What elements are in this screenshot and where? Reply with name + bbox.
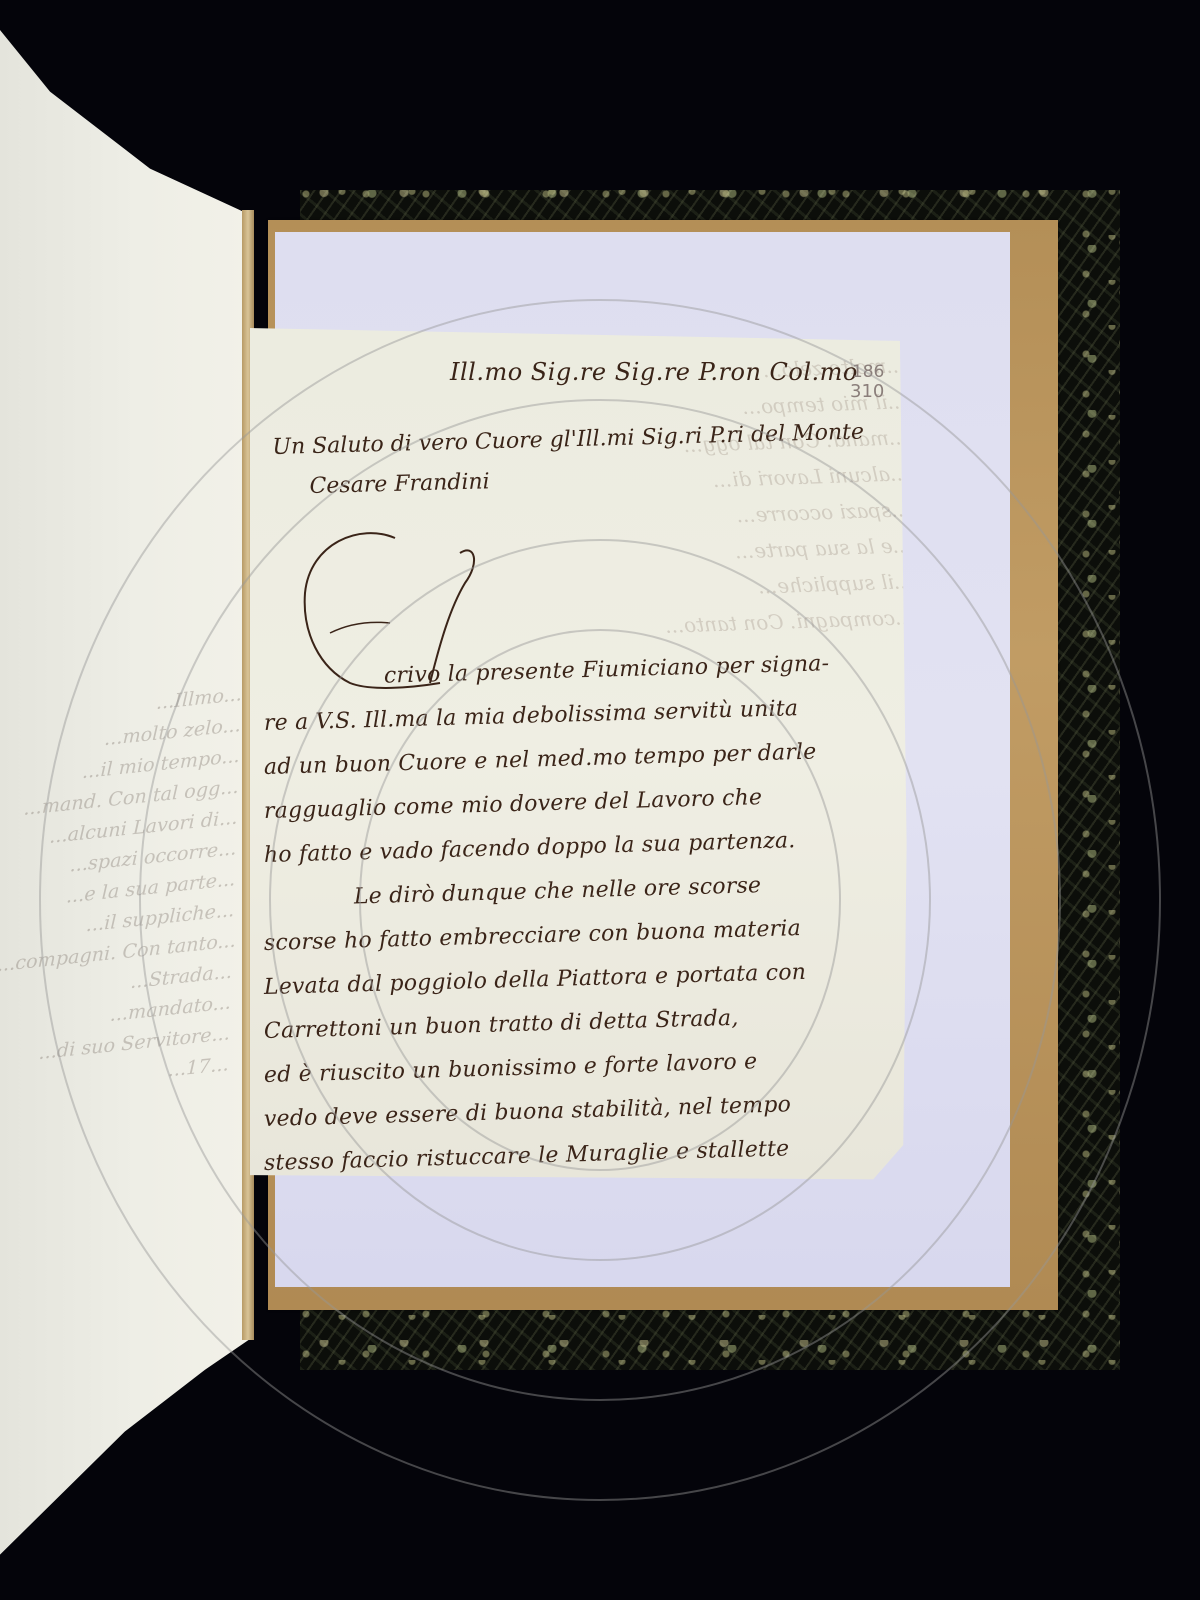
letter-salutation: Ill.mo Sig.re Sig.re P.ron Col.mo (450, 358, 858, 386)
letter-body: crivo la presente Fiumiciano per signa- … (264, 658, 914, 1186)
manuscript-letter: ...molto zelo... ...il mio tempo... ...m… (250, 328, 920, 1188)
archival-folio-numbers: 186 310 (810, 362, 884, 402)
archive-photograph: ...Illmo... ...molto zelo... ...il mio t… (0, 0, 1200, 1600)
folio-number-new: 310 (850, 382, 884, 402)
left-page-bleed-through-text: ...Illmo... ...molto zelo... ...il mio t… (0, 679, 249, 1122)
letter-subject: Un Saluto di vero Cuore gl'Ill.mi Sig.ri… (272, 413, 866, 508)
folio-number-old: 186 (810, 362, 884, 382)
